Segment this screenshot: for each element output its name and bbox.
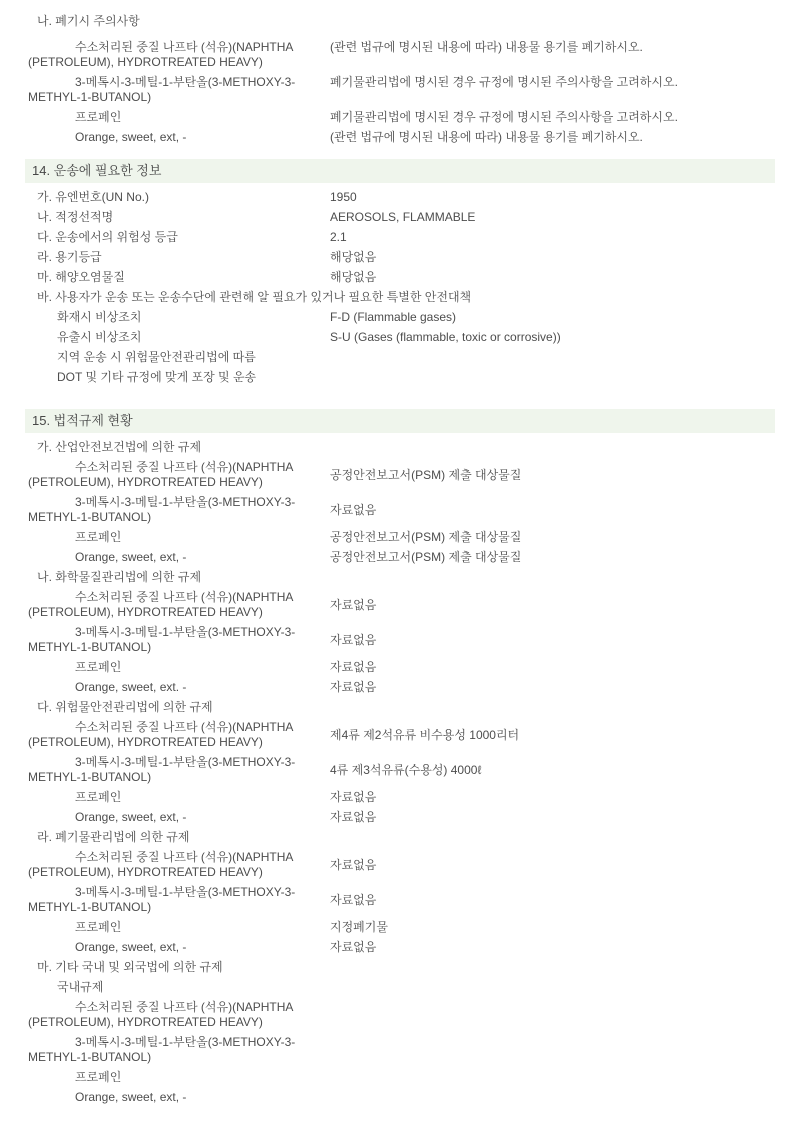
substance-row: 프로페인 폐기물관리법에 명시된 경우 규정에 명시된 주의사항을 고려하시오.	[25, 110, 775, 125]
regulation-row: 수소처리된 중질 나프타 (석유)(NAPHTHA (PETROLEUM), H…	[25, 1000, 775, 1030]
regulation-value: 자료없음	[330, 503, 775, 518]
regulation-row: 수소처리된 중질 나프타 (석유)(NAPHTHA (PETROLEUM), H…	[25, 590, 775, 620]
substance-name: Orange, sweet, ext, -	[25, 810, 330, 825]
subsection-other-regulations: 마. 기타 국내 및 외국법에 의한 규제 국내규제 수소처리된 중질 나프타 …	[25, 960, 775, 1105]
regulation-row: Orange, sweet, ext, - 자료없음	[25, 810, 775, 825]
regulation-value: 자료없음	[330, 940, 775, 955]
substance-name: 수소처리된 중질 나프타 (석유)(NAPHTHA (PETROLEUM), H…	[25, 850, 330, 880]
measure-label: 지역 운송 시 위험물안전관리법에 따름	[25, 350, 256, 365]
transport-field-list: 가. 유엔번호(UN No.) 1950 나. 적정선적명 AEROSOLS, …	[25, 190, 775, 305]
substance-disposal-instruction: 폐기물관리법에 명시된 경우 규정에 명시된 주의사항을 고려하시오.	[330, 110, 775, 125]
substance-name: 프로페인	[25, 790, 330, 805]
substance-row: Orange, sweet, ext, - (관련 법규에 명시된 내용에 따라…	[25, 130, 775, 145]
safety-measure-row: 유출시 비상조치 S-U (Gases (flammable, toxic or…	[25, 330, 775, 345]
section-14-header: 14. 운송에 필요한 정보	[25, 159, 775, 183]
subsection-title: 라. 폐기물관리법에 의한 규제	[25, 830, 775, 845]
regulation-value: 자료없음	[330, 858, 775, 873]
section-15-header: 15. 법적규제 현황	[25, 409, 775, 433]
substance-row: 수소처리된 중질 나프타 (석유)(NAPHTHA (PETROLEUM), H…	[25, 40, 775, 70]
regulation-row: 3-메톡시-3-메틸-1-부탄올(3-METHOXY-3-METHYL-1-BU…	[25, 1035, 775, 1065]
substance-row: 3-메톡시-3-메틸-1-부탄올(3-METHOXY-3-METHYL-1-BU…	[25, 75, 775, 105]
substance-name: 3-메톡시-3-메틸-1-부탄올(3-METHOXY-3-METHYL-1-BU…	[25, 1035, 330, 1065]
regulation-row: 프로페인	[25, 1070, 775, 1085]
regulation-value: 공정안전보고서(PSM) 제출 대상물질	[330, 550, 775, 565]
substance-name: 수소처리된 중질 나프타 (석유)(NAPHTHA (PETROLEUM), H…	[25, 40, 330, 70]
regulation-value: 자료없음	[330, 598, 775, 613]
regulation-row: 수소처리된 중질 나프타 (석유)(NAPHTHA (PETROLEUM), H…	[25, 850, 775, 880]
substance-name: 3-메톡시-3-메틸-1-부탄올(3-METHOXY-3-METHYL-1-BU…	[25, 885, 330, 915]
transport-field-row: 마. 해양오염물질 해당없음	[25, 270, 775, 285]
substance-name: Orange, sweet, ext, -	[25, 550, 330, 565]
regulation-row: 3-메톡시-3-메틸-1-부탄올(3-METHOXY-3-METHYL-1-BU…	[25, 625, 775, 655]
regulation-value: 자료없음	[330, 660, 775, 675]
subsection-title: 마. 기타 국내 및 외국법에 의한 규제	[25, 960, 775, 975]
msds-document-page: 나. 폐기시 주의사항 수소처리된 중질 나프타 (석유)(NAPHTHA (P…	[0, 0, 800, 1105]
regulation-row: 3-메톡시-3-메틸-1-부탄올(3-METHOXY-3-METHYL-1-BU…	[25, 495, 775, 525]
regulation-row: Orange, sweet, ext, - 자료없음	[25, 940, 775, 955]
field-value: AEROSOLS, FLAMMABLE	[330, 210, 775, 225]
transport-field-row: 다. 운송에서의 위험성 등급 2.1	[25, 230, 775, 245]
field-label: 가. 유엔번호(UN No.)	[25, 190, 330, 205]
substance-name: Orange, sweet, ext. -	[25, 680, 330, 695]
section-14-transport: 14. 운송에 필요한 정보 가. 유엔번호(UN No.) 1950 나. 적…	[25, 159, 775, 385]
section-waste-precautions: 나. 폐기시 주의사항 수소처리된 중질 나프타 (석유)(NAPHTHA (P…	[25, 14, 775, 145]
measure-value	[256, 370, 775, 385]
regulation-value: 제4류 제2석유류 비수용성 1000리터	[330, 728, 775, 743]
regulation-row: 프로페인 공정안전보고서(PSM) 제출 대상물질	[25, 530, 775, 545]
substance-name: 프로페인	[25, 660, 330, 675]
measure-value: F-D (Flammable gases)	[330, 310, 775, 325]
regulation-value: 지정폐기물	[330, 920, 775, 935]
regulation-list: 수소처리된 중질 나프타 (석유)(NAPHTHA (PETROLEUM), H…	[25, 720, 775, 825]
substance-name: 3-메톡시-3-메틸-1-부탄올(3-METHOXY-3-METHYL-1-BU…	[25, 495, 330, 525]
regulation-list: 수소처리된 중질 나프타 (석유)(NAPHTHA (PETROLEUM), H…	[25, 590, 775, 695]
regulation-value: 자료없음	[330, 810, 775, 825]
safety-measure-row: DOT 및 기타 규정에 맞게 포장 및 운송	[25, 370, 775, 385]
substance-name: 수소처리된 중질 나프타 (석유)(NAPHTHA (PETROLEUM), H…	[25, 1000, 330, 1030]
regulation-row: 3-메톡시-3-메틸-1-부탄올(3-METHOXY-3-METHYL-1-BU…	[25, 755, 775, 785]
substance-name: 프로페인	[25, 530, 330, 545]
field-label: 나. 적정선적명	[25, 210, 330, 225]
substance-name: 3-메톡시-3-메틸-1-부탄올(3-METHOXY-3-METHYL-1-BU…	[25, 625, 330, 655]
field-value: 2.1	[330, 230, 775, 245]
substance-name: 프로페인	[25, 1070, 330, 1085]
subsection-dangerous-goods: 다. 위험물안전관리법에 의한 규제 수소처리된 중질 나프타 (석유)(NAP…	[25, 700, 775, 825]
substance-name: 프로페인	[25, 920, 330, 935]
field-value: 해당없음	[330, 250, 775, 265]
section-15-regulatory: 15. 법적규제 현황 가. 산업안전보건법에 의한 규제 수소처리된 중질 나…	[25, 409, 775, 1105]
field-value: 1950	[330, 190, 775, 205]
substance-name: Orange, sweet, ext, -	[25, 1090, 330, 1105]
subsection-industrial-safety: 가. 산업안전보건법에 의한 규제 수소처리된 중질 나프타 (석유)(NAPH…	[25, 440, 775, 565]
measure-value	[256, 350, 775, 365]
regulation-row: 프로페인 지정폐기물	[25, 920, 775, 935]
subsection-title: 다. 위험물안전관리법에 의한 규제	[25, 700, 775, 715]
measure-label: DOT 및 기타 규정에 맞게 포장 및 운송	[25, 370, 256, 385]
measure-label: 화재시 비상조치	[25, 310, 330, 325]
regulation-row: 프로페인 자료없음	[25, 660, 775, 675]
field-label: 바. 사용자가 운송 또는 운송수단에 관련해 알 필요가 있거나 필요한 특별…	[25, 290, 471, 305]
regulation-list: 수소처리된 중질 나프타 (석유)(NAPHTHA (PETROLEUM), H…	[25, 1000, 775, 1105]
substance-name: 프로페인	[25, 110, 330, 125]
regulation-row: Orange, sweet, ext, -	[25, 1090, 775, 1105]
transport-field-row: 라. 용기등급 해당없음	[25, 250, 775, 265]
regulation-value: 공정안전보고서(PSM) 제출 대상물질	[330, 530, 775, 545]
regulation-row: 수소처리된 중질 나프타 (석유)(NAPHTHA (PETROLEUM), H…	[25, 720, 775, 750]
regulation-list: 수소처리된 중질 나프타 (석유)(NAPHTHA (PETROLEUM), H…	[25, 460, 775, 565]
regulation-row: 프로페인 자료없음	[25, 790, 775, 805]
substance-name: Orange, sweet, ext, -	[25, 940, 330, 955]
regulation-value: 4류 제3석유류(수용성) 4000ℓ	[330, 763, 775, 778]
domestic-regulation-label: 국내규제	[25, 980, 775, 995]
safety-measure-row: 화재시 비상조치 F-D (Flammable gases)	[25, 310, 775, 325]
waste-substance-list: 수소처리된 중질 나프타 (석유)(NAPHTHA (PETROLEUM), H…	[25, 40, 775, 145]
regulation-value: 자료없음	[330, 680, 775, 695]
safety-measure-row: 지역 운송 시 위험물안전관리법에 따름	[25, 350, 775, 365]
measure-value: S-U (Gases (flammable, toxic or corrosiv…	[330, 330, 775, 345]
subsection-chemical-control: 나. 화학물질관리법에 의한 규제 수소처리된 중질 나프타 (석유)(NAPH…	[25, 570, 775, 695]
regulation-list: 수소처리된 중질 나프타 (석유)(NAPHTHA (PETROLEUM), H…	[25, 850, 775, 955]
regulation-row: Orange, sweet, ext. - 자료없음	[25, 680, 775, 695]
regulation-value: 공정안전보고서(PSM) 제출 대상물질	[330, 468, 775, 483]
field-label: 다. 운송에서의 위험성 등급	[25, 230, 330, 245]
regulation-row: 3-메톡시-3-메틸-1-부탄올(3-METHOXY-3-METHYL-1-BU…	[25, 885, 775, 915]
subsection-waste-management: 라. 폐기물관리법에 의한 규제 수소처리된 중질 나프타 (석유)(NAPHT…	[25, 830, 775, 955]
transport-safety-measures-list: 화재시 비상조치 F-D (Flammable gases) 유출시 비상조치 …	[25, 310, 775, 385]
field-label: 마. 해양오염물질	[25, 270, 330, 285]
substance-name: 수소처리된 중질 나프타 (석유)(NAPHTHA (PETROLEUM), H…	[25, 460, 330, 490]
transport-field-row: 가. 유엔번호(UN No.) 1950	[25, 190, 775, 205]
regulation-row: 수소처리된 중질 나프타 (석유)(NAPHTHA (PETROLEUM), H…	[25, 460, 775, 490]
measure-label: 유출시 비상조치	[25, 330, 330, 345]
subsection-title: 가. 산업안전보건법에 의한 규제	[25, 440, 775, 455]
transport-field-row: 바. 사용자가 운송 또는 운송수단에 관련해 알 필요가 있거나 필요한 특별…	[25, 290, 775, 305]
transport-field-row: 나. 적정선적명 AEROSOLS, FLAMMABLE	[25, 210, 775, 225]
substance-disposal-instruction: 폐기물관리법에 명시된 경우 규정에 명시된 주의사항을 고려하시오.	[330, 75, 775, 90]
substance-disposal-instruction: (관련 법규에 명시된 내용에 따라) 내용물 용기를 폐기하시오.	[330, 130, 775, 145]
regulation-row: Orange, sweet, ext, - 공정안전보고서(PSM) 제출 대상…	[25, 550, 775, 565]
substance-name: 3-메톡시-3-메틸-1-부탄올(3-METHOXY-3-METHYL-1-BU…	[25, 755, 330, 785]
substance-name: 수소처리된 중질 나프타 (석유)(NAPHTHA (PETROLEUM), H…	[25, 720, 330, 750]
regulation-value: 자료없음	[330, 790, 775, 805]
waste-section-title: 나. 폐기시 주의사항	[25, 14, 775, 29]
subsection-title: 나. 화학물질관리법에 의한 규제	[25, 570, 775, 585]
regulation-value: 자료없음	[330, 893, 775, 908]
field-label: 라. 용기등급	[25, 250, 330, 265]
regulation-value: 자료없음	[330, 633, 775, 648]
substance-name: 수소처리된 중질 나프타 (석유)(NAPHTHA (PETROLEUM), H…	[25, 590, 330, 620]
substance-name: Orange, sweet, ext, -	[25, 130, 330, 145]
field-value: 해당없음	[330, 270, 775, 285]
substance-name: 3-메톡시-3-메틸-1-부탄올(3-METHOXY-3-METHYL-1-BU…	[25, 75, 330, 105]
field-value	[471, 290, 775, 305]
substance-disposal-instruction: (관련 법규에 명시된 내용에 따라) 내용물 용기를 폐기하시오.	[330, 40, 775, 55]
